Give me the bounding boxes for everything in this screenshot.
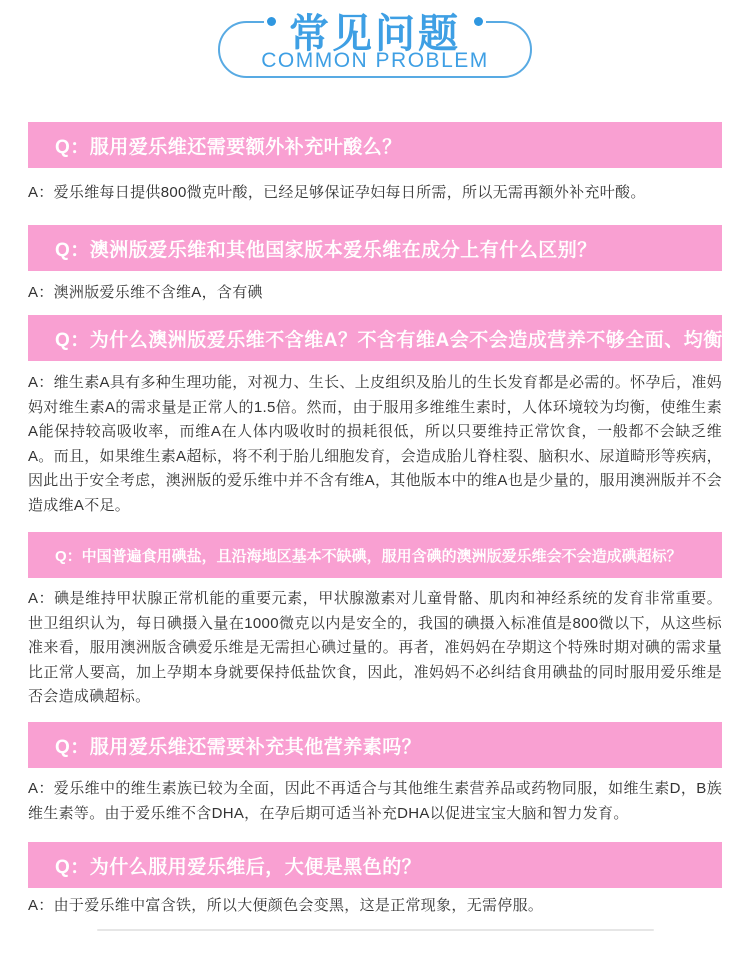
question-text-6: Q：为什么服用爱乐维后，大便是黑色的？ (55, 852, 421, 879)
answer-text-1: A：爱乐维每日提供800微克叶酸，已经足够保证孕妇每日所需，所以无需再额外补充叶… (28, 181, 722, 206)
question-band-2: Q：澳洲版爱乐维和其他国家版本爱乐维在成分上有什么区别？ (28, 225, 722, 271)
question-text-5: Q：服用爱乐维还需要补充其他营养素吗？ (55, 732, 421, 759)
question-text-2: Q：澳洲版爱乐维和其他国家版本爱乐维在成分上有什么区别？ (55, 235, 597, 262)
answer-text-4: A：碘是维持甲状腺正常机能的重要元素，甲状腺激素对儿童骨骼、肌肉和神经系统的发育… (28, 587, 722, 710)
question-text-1: Q：服用爱乐维还需要额外补充叶酸么？ (55, 132, 402, 159)
question-text-4: Q：中国普遍食用碘盐，且沿海地区基本不缺碘，服用含碘的澳洲版爱乐维会不会造成碘超… (55, 545, 682, 566)
question-band-3: Q：为什么澳洲版爱乐维不含维A？不含有维A会不会造成营养不够全面、均衡？ (28, 315, 722, 361)
answer-text-6: A：由于爱乐维中富含铁，所以大便颜色会变黑，这是正常现象，无需停服。 (28, 894, 722, 919)
bottom-divider (97, 929, 654, 931)
answer-text-5: A：爱乐维中的维生素族已较为全面，因此不再适合与其他维生素营养品或药物同服，如维… (28, 777, 722, 826)
question-band-4: Q：中国普遍食用碘盐，且沿海地区基本不缺碘，服用含碘的澳洲版爱乐维会不会造成碘超… (28, 532, 722, 578)
answer-text-3: A：维生素A具有多种生理功能，对视力、生长、上皮组织及胎儿的生长发育都是必需的。… (28, 371, 722, 518)
answer-text-2: A：澳洲版爱乐维不含维A，含有碘 (28, 281, 722, 306)
question-band-6: Q：为什么服用爱乐维后，大便是黑色的？ (28, 842, 722, 888)
page-header: 常见问题 COMMON PROBLEM (0, 0, 750, 122)
question-band-1: Q：服用爱乐维还需要额外补充叶酸么？ (28, 122, 722, 168)
question-text-3: Q：为什么澳洲版爱乐维不含维A？不含有维A会不会造成营养不够全面、均衡？ (55, 325, 722, 352)
question-band-5: Q：服用爱乐维还需要补充其他营养素吗？ (28, 722, 722, 768)
page-title-en: COMMON PROBLEM (0, 49, 750, 73)
